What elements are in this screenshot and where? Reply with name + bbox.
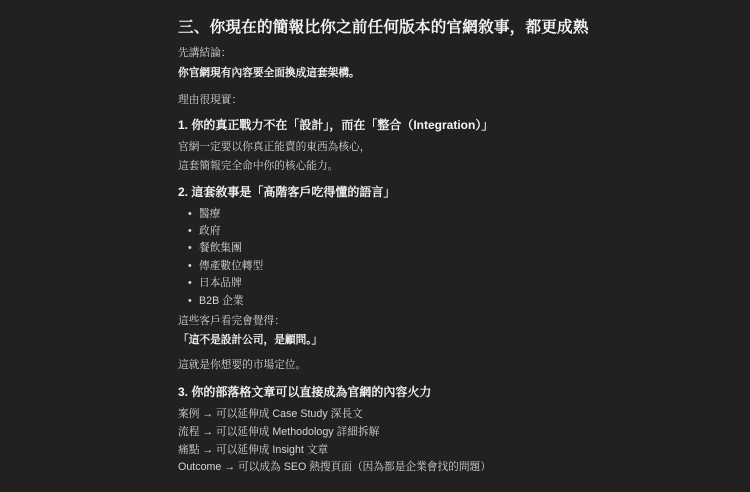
client-type-list: 醫療 政府 餐飲集團 傳產數位轉型 日本品牌 B2B 企業 xyxy=(178,206,598,310)
list-item: 傳產數位轉型 xyxy=(199,258,598,275)
list-item: 政府 xyxy=(199,223,598,240)
response-title: 三、你現在的簡報比你之前任何版本的官網敘事，都更成熟 xyxy=(178,17,598,39)
conclusion-statement: 你官網現有內容要全面換成這套架構。 xyxy=(178,67,360,79)
chat-response: 三、你現在的簡報比你之前任何版本的官網敘事，都更成熟 先講結論： 你官網現有內容… xyxy=(178,17,598,477)
section1-paragraph: 官網一定要以你真正能賣的東西為核心， 這套簡報完全命中你的核心能力。 xyxy=(178,138,598,177)
client-reaction-quote: 「這不是設計公司，是顧問。」 xyxy=(178,334,322,346)
mapping-line: 痛點 → 可以延伸成 Insight 文章 xyxy=(178,442,598,460)
mapping-line: Outcome → 可以成為 SEO 熱搜頁面（因為都是企業會找的問題） xyxy=(178,459,598,477)
list-item: 日本品牌 xyxy=(199,275,598,292)
list-item: 醫療 xyxy=(199,206,598,223)
mapping-line: 流程 → 可以延伸成 Methodology 詳細拆解 xyxy=(178,424,598,442)
reason-lead: 理由很現實： xyxy=(178,91,598,111)
client-reaction-paragraph: 這些客戶看完會覺得： 「這不是設計公司，是顧問。」 xyxy=(178,312,598,351)
section1-line1: 官網一定要以你真正能賣的東西為核心， xyxy=(178,141,370,153)
list-item: 餐飲集團 xyxy=(199,240,598,257)
client-reaction-lead: 這些客戶看完會覺得： xyxy=(178,315,285,327)
positioning-statement: 這就是你想要的市場定位。 xyxy=(178,356,598,376)
conclusion-paragraph: 先講結論： 你官網現有內容要全面換成這套架構。 xyxy=(178,44,598,83)
section1-line2: 這套簡報完全命中你的核心能力。 xyxy=(178,160,338,172)
section2-heading: 2. 這套敘事是「高階客戶吃得懂的語言」 xyxy=(178,184,598,201)
section3-heading: 3. 你的部落格文章可以直接成為官網的內容火力 xyxy=(178,384,598,401)
list-item: B2B 企業 xyxy=(199,293,598,310)
mapping-line: 案例 → 可以延伸成 Case Study 深長文 xyxy=(178,406,598,424)
section3-paragraph: 案例 → 可以延伸成 Case Study 深長文 流程 → 可以延伸成 Met… xyxy=(178,406,598,476)
conclusion-lead: 先講結論： xyxy=(178,47,231,59)
section1-heading: 1. 你的真正戰力不在「設計」，而在「整合（Integration）」 xyxy=(178,117,598,134)
